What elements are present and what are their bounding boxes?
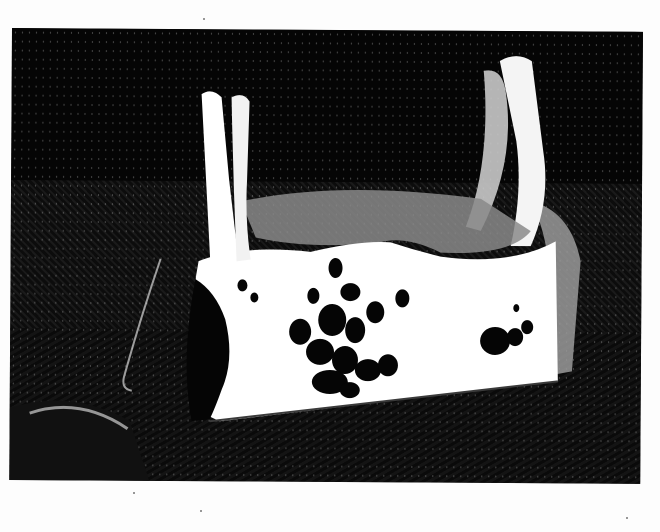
photograph — [9, 28, 643, 484]
scan-speck — [203, 18, 205, 20]
scan-speck — [626, 517, 628, 519]
cow-print-bag — [9, 28, 643, 484]
scan-speck — [200, 510, 202, 512]
scan-speck — [133, 492, 135, 494]
scanned-page — [0, 0, 660, 532]
